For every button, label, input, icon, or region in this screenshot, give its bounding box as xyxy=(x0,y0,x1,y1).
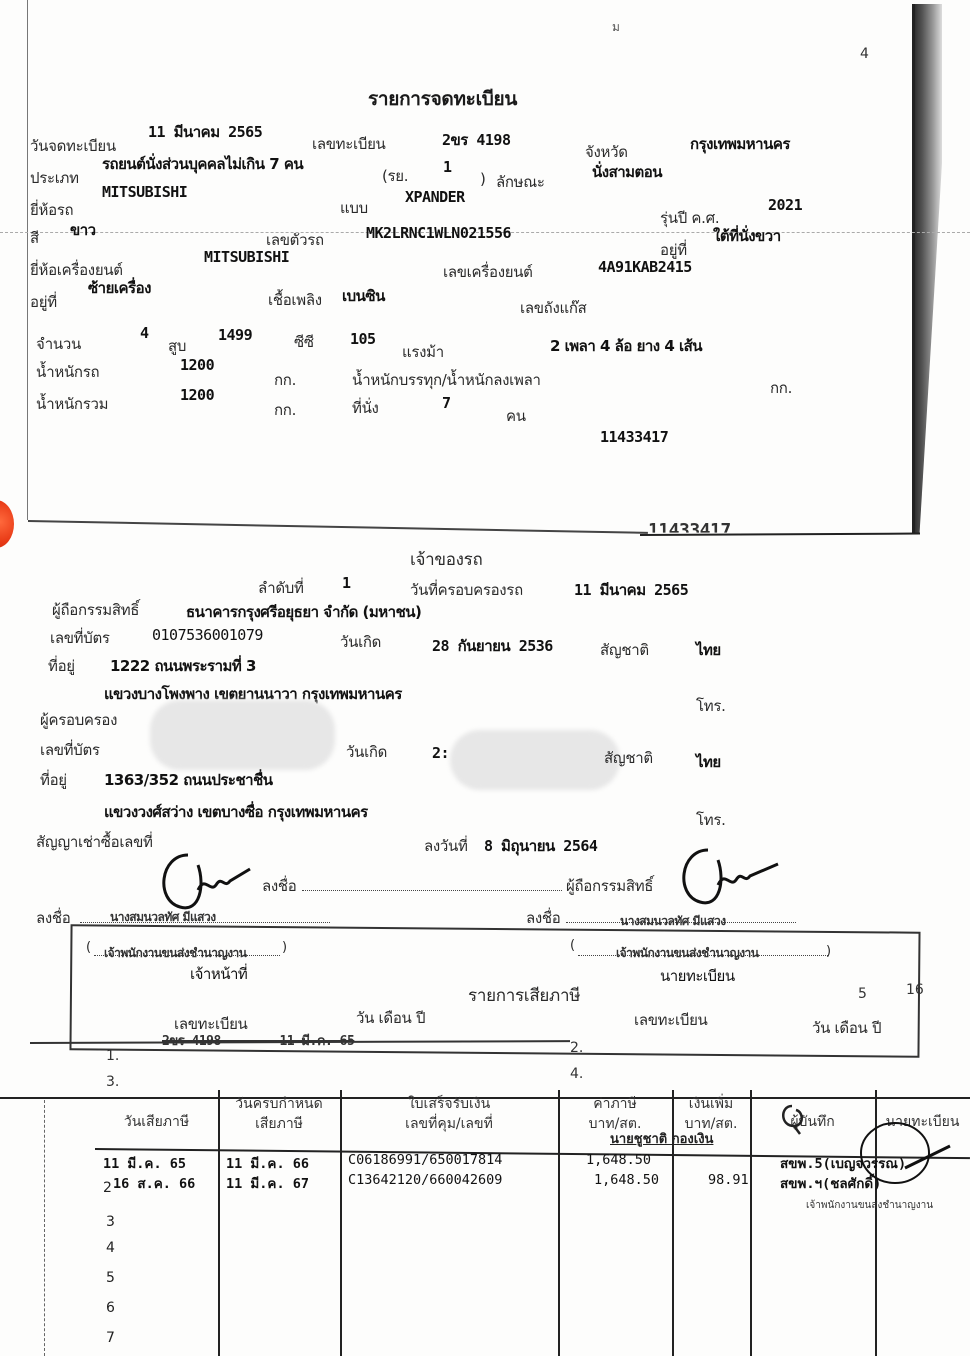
tax-cell-paid: 16 ส.ค. 66 xyxy=(113,1172,195,1194)
type-label: ประเภท xyxy=(30,166,79,190)
vehicle-weight: 1200 xyxy=(180,356,214,374)
tax-cell-due: 11 มี.ค. 66 xyxy=(226,1152,309,1174)
tax-cell-receipt: C13642120/660042609 xyxy=(348,1172,502,1188)
contract-label: สัญญาเช่าซื้อเลขที่ xyxy=(36,830,153,854)
tax-row-number: 2 xyxy=(103,1180,112,1196)
redacted-possessor-name xyxy=(150,700,335,770)
kg-label-2: กก. xyxy=(274,398,296,422)
horsepower: 105 xyxy=(350,330,376,348)
holder-dob-label: วันเกิด xyxy=(340,630,381,654)
tax-cell-tax: 1,648.50 xyxy=(594,1172,659,1188)
reg-date: 11 มีนาคม 2565 xyxy=(148,120,262,144)
possessor-label: ผู้ครอบครอง xyxy=(40,708,117,732)
sign-label: ลงชื่อ xyxy=(262,874,297,898)
possessor-address-1: 1363/352 ถนนประชาชื่น xyxy=(104,768,273,792)
tax-cell-receipt: C06186991/650017814 xyxy=(348,1152,502,1168)
holder-address-1: 1222 ถนนพระรามที่ 3 xyxy=(110,654,256,678)
slot-1: 1. xyxy=(106,1048,119,1064)
cyl-count: 4 xyxy=(140,324,149,342)
date-header-right: วัน เดือน ปี xyxy=(812,1016,881,1040)
fuel: เบนซิน xyxy=(342,284,385,308)
tax-row-number: 6 xyxy=(106,1300,115,1316)
seats: 7 xyxy=(442,394,451,412)
page-left-edge xyxy=(27,0,28,520)
brand: MITSUBISHI xyxy=(102,183,187,201)
left-margin-line xyxy=(44,1100,46,1356)
open-paren-left: ( xyxy=(86,940,91,955)
seats-label: ที่นั่ง xyxy=(352,396,379,420)
registrar-signature xyxy=(670,840,790,910)
possession-date: 11 มีนาคม 2565 xyxy=(574,578,688,602)
tax-col-header: วันครบกำหนด เสียภาษี xyxy=(218,1094,340,1134)
slot-2: 2. xyxy=(570,1040,583,1056)
year-label: รุ่นปี ค.ศ. xyxy=(660,206,719,230)
holder-nat-label: สัญชาติ xyxy=(600,638,649,662)
page-number: 4 xyxy=(860,46,869,62)
officer-role-right: นายทะเบียน xyxy=(660,964,735,988)
corner-mark: ม xyxy=(612,18,620,37)
engine-brand: MITSUBISHI xyxy=(204,248,289,266)
possessor-id-label: เลขที่บัตร xyxy=(40,738,100,762)
vin-location: ใต้ที่นั่งขวา xyxy=(713,224,781,248)
document-number: 11433417 xyxy=(600,428,668,446)
holder-id: 0107536001079 xyxy=(152,626,263,644)
hp-label: แรงม้า xyxy=(402,340,444,364)
kg-label-1: กก. xyxy=(274,368,296,392)
color: ขาว xyxy=(70,218,96,242)
cc-label: ซีซี xyxy=(294,330,314,354)
recorder-initials xyxy=(770,1098,840,1138)
contract-date-label: ลงวันที่ xyxy=(424,834,468,858)
holder-dob: 28 กันยายน 2536 xyxy=(432,634,553,658)
ry-value: 1 xyxy=(443,158,452,176)
gas-tank-label: เลขถังแก๊ส xyxy=(520,296,586,320)
model: XPANDER xyxy=(405,188,465,206)
engine-location: ซ้ายเครื่อง xyxy=(88,276,151,300)
holder-label: ผู้ถือกรรมสิทธิ์ xyxy=(52,598,139,622)
tax-row-number: 4 xyxy=(106,1240,115,1256)
tax-col-header: ใบเสร็จรับเงิน เลขที่คุม/เลขที่ xyxy=(340,1094,558,1134)
kg-load-label: กก. xyxy=(770,376,792,400)
close-paren-right: ) xyxy=(826,944,831,959)
engine-loc-label: อยู่ที่ xyxy=(30,290,57,314)
holder-id-label: เลขที่บัตร xyxy=(50,626,110,650)
year: 2021 xyxy=(768,196,802,214)
province: กรุงเทพมหานคร xyxy=(690,132,790,156)
tax-cell-due: 11 มี.ค. 67 xyxy=(226,1172,309,1194)
holder-nationality: ไทย xyxy=(696,638,721,662)
engine-number: 4A91KAB2415 xyxy=(598,258,692,276)
page-right-edge xyxy=(912,4,915,534)
sign-role: ผู้ถือกรรมสิทธิ์ xyxy=(566,874,653,898)
red-sticker xyxy=(0,500,14,548)
tax-section-title: รายการเสียภาษี xyxy=(468,982,580,1009)
close-paren-left: ) xyxy=(282,940,287,955)
body-type: นั่งสามตอน xyxy=(592,160,662,184)
fuel-label: เชื้อเพลิง xyxy=(268,288,322,312)
vehicle-type: รถยนต์นั่งส่วนบุคคลไม่เกิน 7 คน xyxy=(102,152,303,176)
possessor-nationality: ไทย xyxy=(696,750,721,774)
stamp-overlay: นายชูชาติ กองเงิน xyxy=(610,1128,713,1149)
tax-cell-tax: 1,648.50 xyxy=(586,1152,651,1168)
date-header-left: วัน เดือน ปี xyxy=(356,1006,425,1030)
tax-col-header: วันเสียภาษี xyxy=(95,1112,218,1132)
seq-label: ลำดับที่ xyxy=(258,576,304,600)
vin: MK2LRNC1WLN021556 xyxy=(366,224,511,242)
officer-title-left: เจ้าพนักงานขนส่งชำนาญงาน xyxy=(104,944,247,963)
persons-label: คน xyxy=(506,404,526,428)
possessor-addr-label: ที่อยู่ xyxy=(40,768,67,792)
ry-label: (รย. xyxy=(382,164,408,188)
body-label: ลักษณะ xyxy=(496,170,545,194)
officer-sign-label: ลงชื่อ xyxy=(36,906,71,930)
brand-label: ยี่ห้อรถ xyxy=(30,198,73,222)
page-divider-right xyxy=(640,533,920,536)
weight-label: น้ำหนักรถ xyxy=(36,360,99,384)
redacted-possessor-dob xyxy=(450,730,620,790)
possessor-nat-label: สัญชาติ xyxy=(604,746,653,770)
cc: 1499 xyxy=(218,326,252,344)
cyl-label: สูบ xyxy=(168,334,186,358)
contract-date: 8 มิถุนายน 2564 xyxy=(484,834,597,858)
registrar-sign-label: ลงชื่อ xyxy=(526,906,561,930)
plate-header-right: เลขทะเบียน xyxy=(634,1008,708,1032)
open-paren-right: ( xyxy=(570,938,575,953)
officer-footer: เจ้าพนักงานขนส่งชำนาญงาน xyxy=(806,1198,933,1213)
tax-cell-surcharge: 98.91 xyxy=(708,1172,749,1188)
owner-section-title: เจ้าของรถ xyxy=(410,546,482,573)
possessor-address-2: แขวงวงศ์สว่าง เขตบางซื่อ กรุงเทพมหานคร xyxy=(104,800,368,824)
model-label: แบบ xyxy=(340,196,368,220)
page-divider xyxy=(28,520,648,534)
tax-row-number: 3 xyxy=(106,1214,115,1230)
plate: 2ขร 4198 xyxy=(442,128,511,152)
possessor-dob-partial: 2: xyxy=(432,744,449,762)
tax-row-number: 7 xyxy=(106,1330,115,1346)
scan-shadow xyxy=(912,4,942,534)
color-label: สี xyxy=(30,226,39,250)
stamped-doc-number: 11433417 xyxy=(648,520,731,541)
registration-title: รายการจดทะเบียน xyxy=(368,84,517,114)
engine-no-label: เลขเครื่องยนต์ xyxy=(443,260,533,284)
registrar-stamp-circle xyxy=(855,1118,955,1188)
ry-close: ) xyxy=(480,170,486,188)
sign-line xyxy=(302,890,562,891)
tax-corner-5: 5 xyxy=(858,986,867,1002)
slot-4: 4. xyxy=(570,1066,583,1082)
cyl-count-label: จำนวน xyxy=(36,332,81,356)
slot-3: 3. xyxy=(106,1074,119,1090)
possessor-dob-label: วันเกิด xyxy=(346,740,387,764)
tax-row-number: 5 xyxy=(106,1270,115,1286)
tax-corner-16: 16 xyxy=(906,982,924,998)
officer-title-right: เจ้าพนักงานขนส่งชำนาญงาน xyxy=(616,944,759,963)
seq: 1 xyxy=(342,574,351,592)
officer-name-right: นางสมนวลทัศ มีแสวง xyxy=(620,912,726,931)
possessor-tel-label: โทร. xyxy=(696,808,726,832)
load-label: น้ำหนักบรรทุก/น้ำหนักลงเพลา xyxy=(352,368,541,392)
holder-signature xyxy=(150,845,270,915)
plate-label: เลขทะเบียน xyxy=(312,132,386,156)
officer-role-left: เจ้าหน้าที่ xyxy=(190,962,247,986)
holder-tel-label: โทร. xyxy=(696,694,726,718)
holder: ธนาคารกรุงศรีอยุธยา จำกัด (มหาชน) xyxy=(186,600,421,624)
tax-cell-paid: 11 มี.ค. 65 xyxy=(103,1152,186,1174)
gross-weight-label: น้ำหนักรวม xyxy=(36,392,108,416)
gross-weight: 1200 xyxy=(180,386,214,404)
axle-config: 2 เพลา 4 ล้อ ยาง 4 เส้น xyxy=(550,334,702,358)
possession-label: วันที่ครอบครองรถ xyxy=(410,578,523,602)
holder-addr-label: ที่อยู่ xyxy=(48,654,75,678)
